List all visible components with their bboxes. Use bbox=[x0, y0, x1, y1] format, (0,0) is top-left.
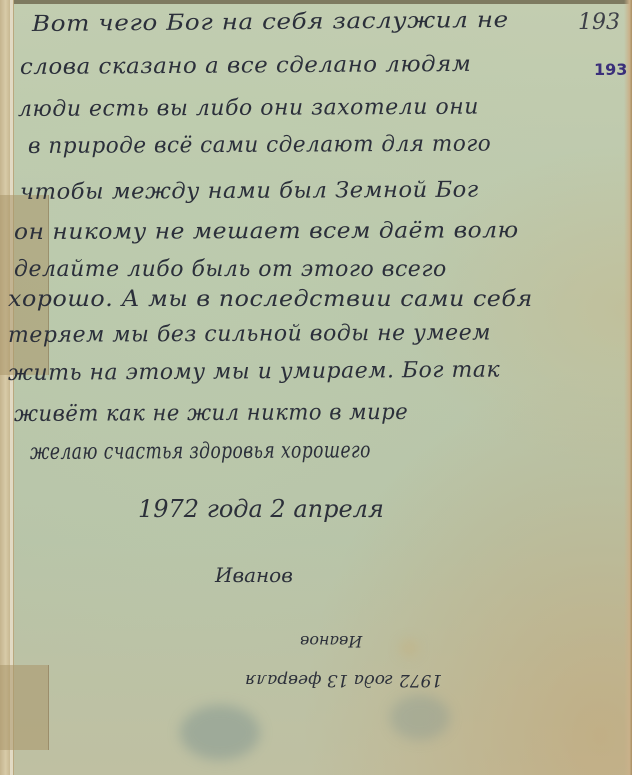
upside-down-date: 1972 года 13 февраля bbox=[245, 670, 442, 690]
tape-strip-lower bbox=[0, 665, 49, 750]
handwritten-line: хорошо. А мы в последствии сами себя bbox=[8, 287, 533, 312]
ink-stain bbox=[390, 695, 450, 740]
handwritten-line: жить на этому мы и умираем. Бог так bbox=[8, 358, 500, 386]
upside-down-signature: Иванов bbox=[300, 632, 362, 651]
handwritten-line: желаю счастья здоровья хорошего bbox=[30, 438, 371, 465]
page-number-ink: 193 bbox=[594, 60, 627, 79]
handwritten-line: теряем мы без сильной воды не умеем bbox=[8, 320, 491, 348]
binding-crease bbox=[10, 0, 13, 775]
handwritten-line: люди есть вы либо они захотели они bbox=[18, 95, 479, 122]
ink-stain bbox=[180, 705, 260, 760]
document-page: 193 193 Вот чего Бог на себя заслужил не… bbox=[0, 0, 632, 775]
handwritten-line: он никому не мешает всем даёт волю bbox=[14, 218, 519, 245]
handwritten-line: слова сказано а все сделано людям bbox=[20, 52, 471, 80]
letter-signature: Иванов bbox=[215, 563, 293, 587]
page-top-edge bbox=[0, 0, 632, 4]
handwritten-line: живёт как не жил никто в мире bbox=[14, 400, 408, 427]
handwritten-line: чтобы между нами был Земной Бог bbox=[20, 178, 479, 205]
page-right-edge bbox=[624, 0, 632, 775]
handwritten-line: Вот чего Бог на себя заслужил не bbox=[32, 8, 509, 37]
page-number-pencil: 193 bbox=[578, 10, 620, 35]
handwritten-line: делайте либо быль от этого всего bbox=[14, 257, 447, 282]
handwritten-line: в природе всё сами сделают для того bbox=[28, 132, 491, 159]
letter-date: 1972 года 2 апреля bbox=[138, 495, 384, 523]
age-stain bbox=[400, 640, 418, 656]
